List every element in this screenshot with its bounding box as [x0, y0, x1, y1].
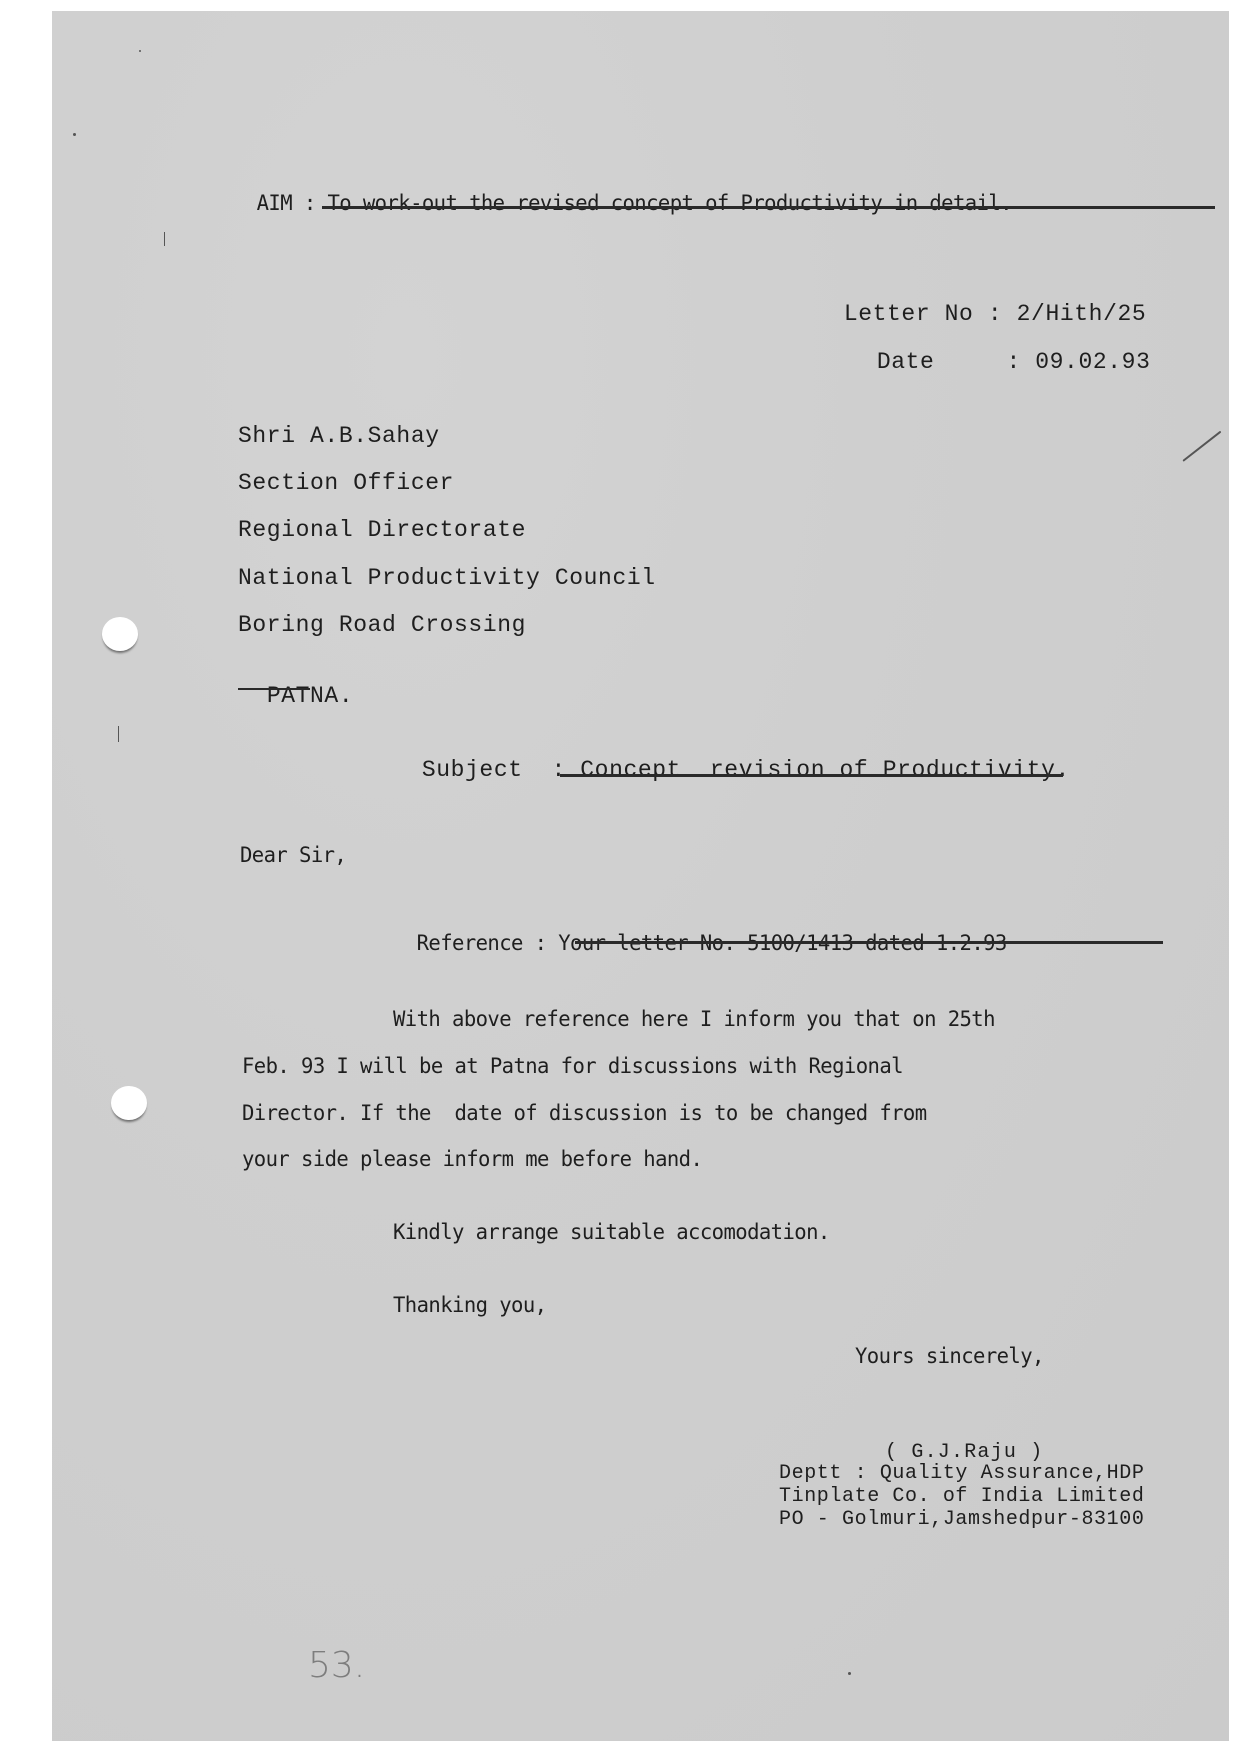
salutation: Dear Sir,: [240, 845, 346, 866]
signature-address: PO - Golmuri,Jamshedpur-83100: [779, 1510, 1144, 1530]
recipient-line-name: Shri A.B.Sahay: [238, 425, 440, 448]
recipient-line-office: Regional Directorate: [238, 519, 526, 542]
letter-number-separator: :: [988, 301, 1002, 327]
city-underline: [238, 688, 310, 690]
aim-text: To work-out the revised concept of Produ…: [327, 191, 1012, 215]
reference-separator: :: [535, 931, 547, 955]
date-label: Date: [877, 349, 935, 375]
letter-number-label: Letter No: [844, 301, 974, 327]
scan-speck: [73, 133, 76, 136]
signoff: Yours sincerely,: [855, 1346, 1044, 1367]
letter-number-line: Letter No : 2/Hith/25: [815, 280, 1146, 326]
body-line-4: your side please inform me before hand.: [242, 1149, 702, 1170]
signature-dept: Deptt : Quality Assurance,HDP: [779, 1464, 1144, 1484]
scan-speck: [164, 232, 165, 246]
recipient-city: PATNA: [267, 683, 339, 709]
subject-underline: [560, 774, 1063, 777]
recipient-city-suffix: .: [339, 683, 353, 709]
handwritten-page-number: 53.: [308, 1645, 365, 1686]
subject-text: Concept revision of Productivity.: [580, 757, 1070, 783]
signature-company: Tinplate Co. of India Limited: [779, 1487, 1144, 1507]
aim-label: AIM: [257, 191, 292, 215]
scan-speck: [139, 50, 141, 52]
recipient-line-street: Boring Road Crossing: [238, 614, 526, 637]
punch-hole-top: [102, 617, 138, 651]
recipient-line-organization: National Productivity Council: [238, 567, 656, 590]
reference-underline: [575, 941, 1163, 944]
reference-label: Reference: [417, 931, 523, 955]
recipient-city-line: PATNA.: [238, 662, 353, 708]
scan-speck: [848, 1672, 851, 1675]
body-line-1: With above reference here I inform you t…: [393, 1009, 995, 1030]
letter-number-value: 2/Hith/25: [1017, 301, 1147, 327]
punch-hole-bottom: [111, 1086, 147, 1120]
body-line-2: Feb. 93 I will be at Patna for discussio…: [242, 1056, 903, 1077]
recipient-line-designation: Section Officer: [238, 472, 454, 495]
scan-speck: [118, 726, 119, 742]
reference-line: Reference : Your letter No. 5100/1413 da…: [393, 912, 1007, 954]
body-paragraph-2: Kindly arrange suitable accomodation.: [393, 1222, 830, 1243]
date-line: Date : 09.02.93: [848, 328, 1150, 374]
aim-separator: :: [304, 191, 316, 215]
closing-thanks: Thanking you,: [393, 1295, 546, 1316]
subject-label: Subject: [422, 757, 523, 783]
body-line-3: Director. If the date of discussion is t…: [242, 1103, 927, 1124]
signature-name: ( G.J.Raju ): [885, 1443, 1043, 1463]
date-value: 09.02.93: [1035, 349, 1150, 375]
aim-underline: [322, 206, 1215, 209]
date-separator: :: [1006, 349, 1020, 375]
subject-separator: :: [551, 757, 565, 783]
